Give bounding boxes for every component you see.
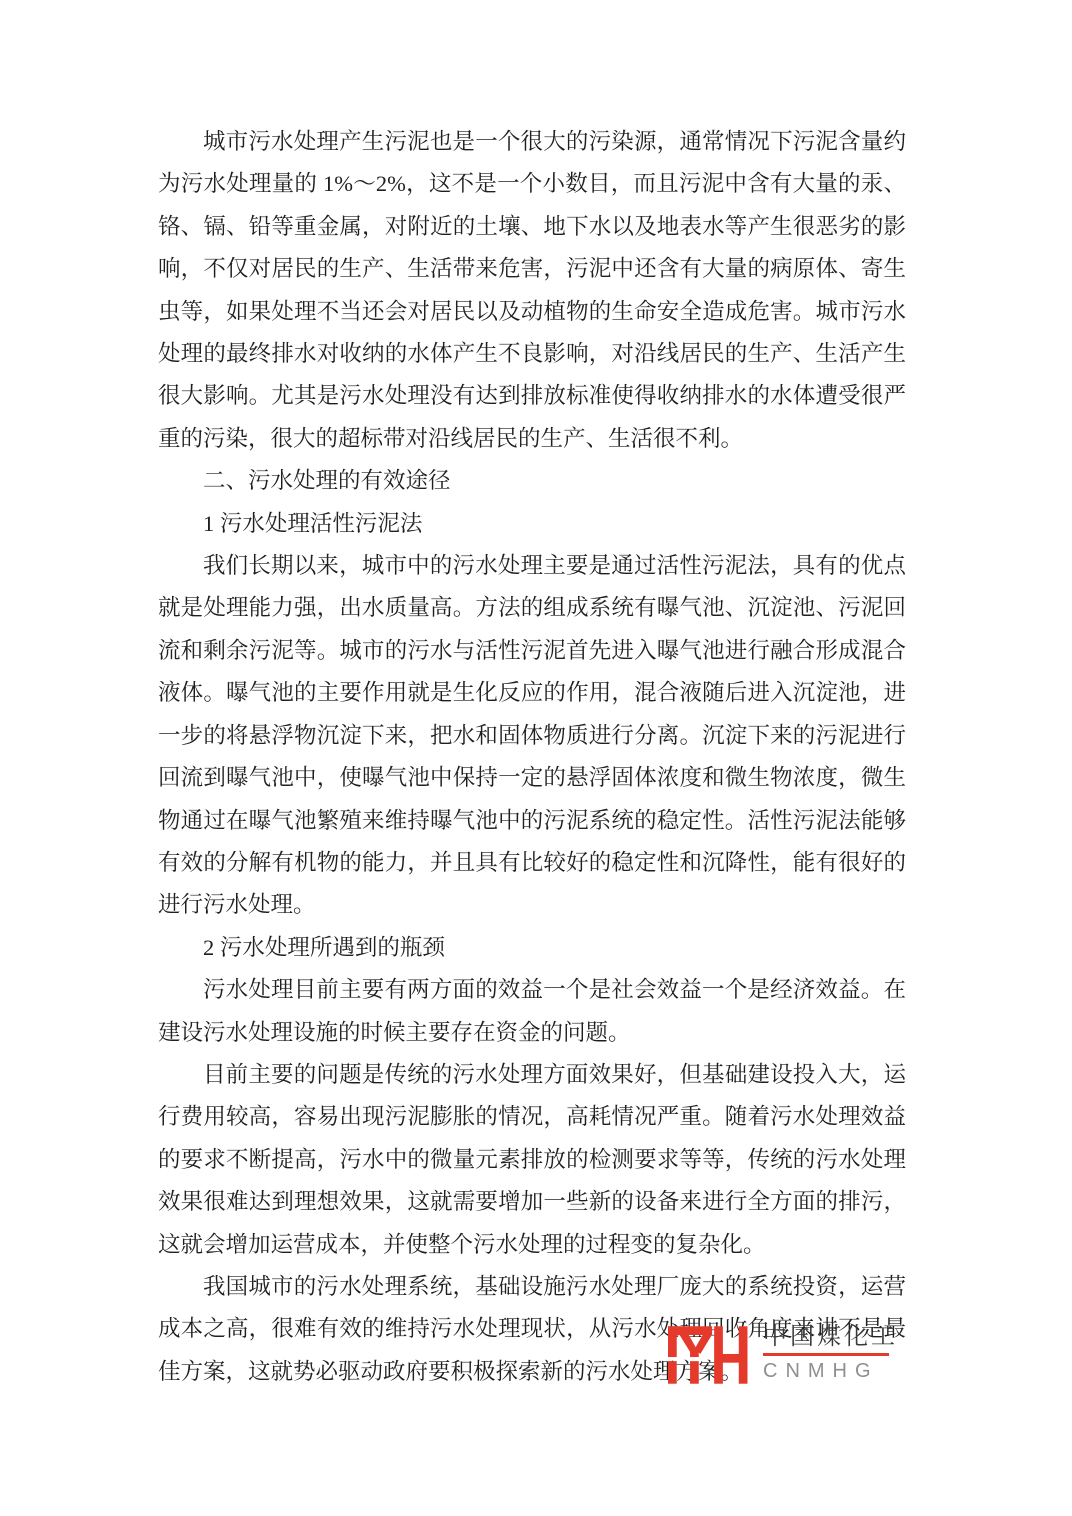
logo-red-divider: [763, 1353, 889, 1356]
paragraph-benefits-funding: 污水处理目前主要有两方面的效益一个是社会效益一个是经济效益。在建设污水处理设施的…: [158, 969, 906, 1054]
heading-section-2: 二、污水处理的有效途径: [158, 460, 906, 502]
heading-subsection-1: 1 污水处理活性污泥法: [158, 503, 906, 545]
paragraph-intro-sludge: 城市污水处理产生污泥也是一个很大的污染源，通常情况下污泥含量约为污水处理量的 1…: [158, 121, 906, 460]
logo-text-block: 中国煤化工 CNMHG: [763, 1324, 898, 1382]
document-page: 城市污水处理产生污泥也是一个很大的污染源，通常情况下污泥含量约为污水处理量的 1…: [0, 0, 1072, 1516]
logo-company-name: 中国煤化工: [763, 1324, 898, 1350]
paragraph-current-problems: 目前主要的问题是传统的污水处理方面效果好，但基础建设投入大，运行费用较高，容易出…: [158, 1054, 906, 1266]
paragraph-activated-sludge-method: 我们长期以来，城市中的污水处理主要是通过活性污泥法，具有的优点就是处理能力强，出…: [158, 545, 906, 927]
document-body: 城市污水处理产生污泥也是一个很大的污染源，通常情况下污泥含量约为污水处理量的 1…: [158, 121, 906, 1393]
heading-subsection-2: 2 污水处理所遇到的瓶颈: [158, 927, 906, 969]
logo: 中国煤化工 CNMHG: [668, 1324, 898, 1384]
logo-abbreviation: CNMHG: [763, 1360, 898, 1382]
coal-chem-logo-icon: [668, 1326, 748, 1384]
